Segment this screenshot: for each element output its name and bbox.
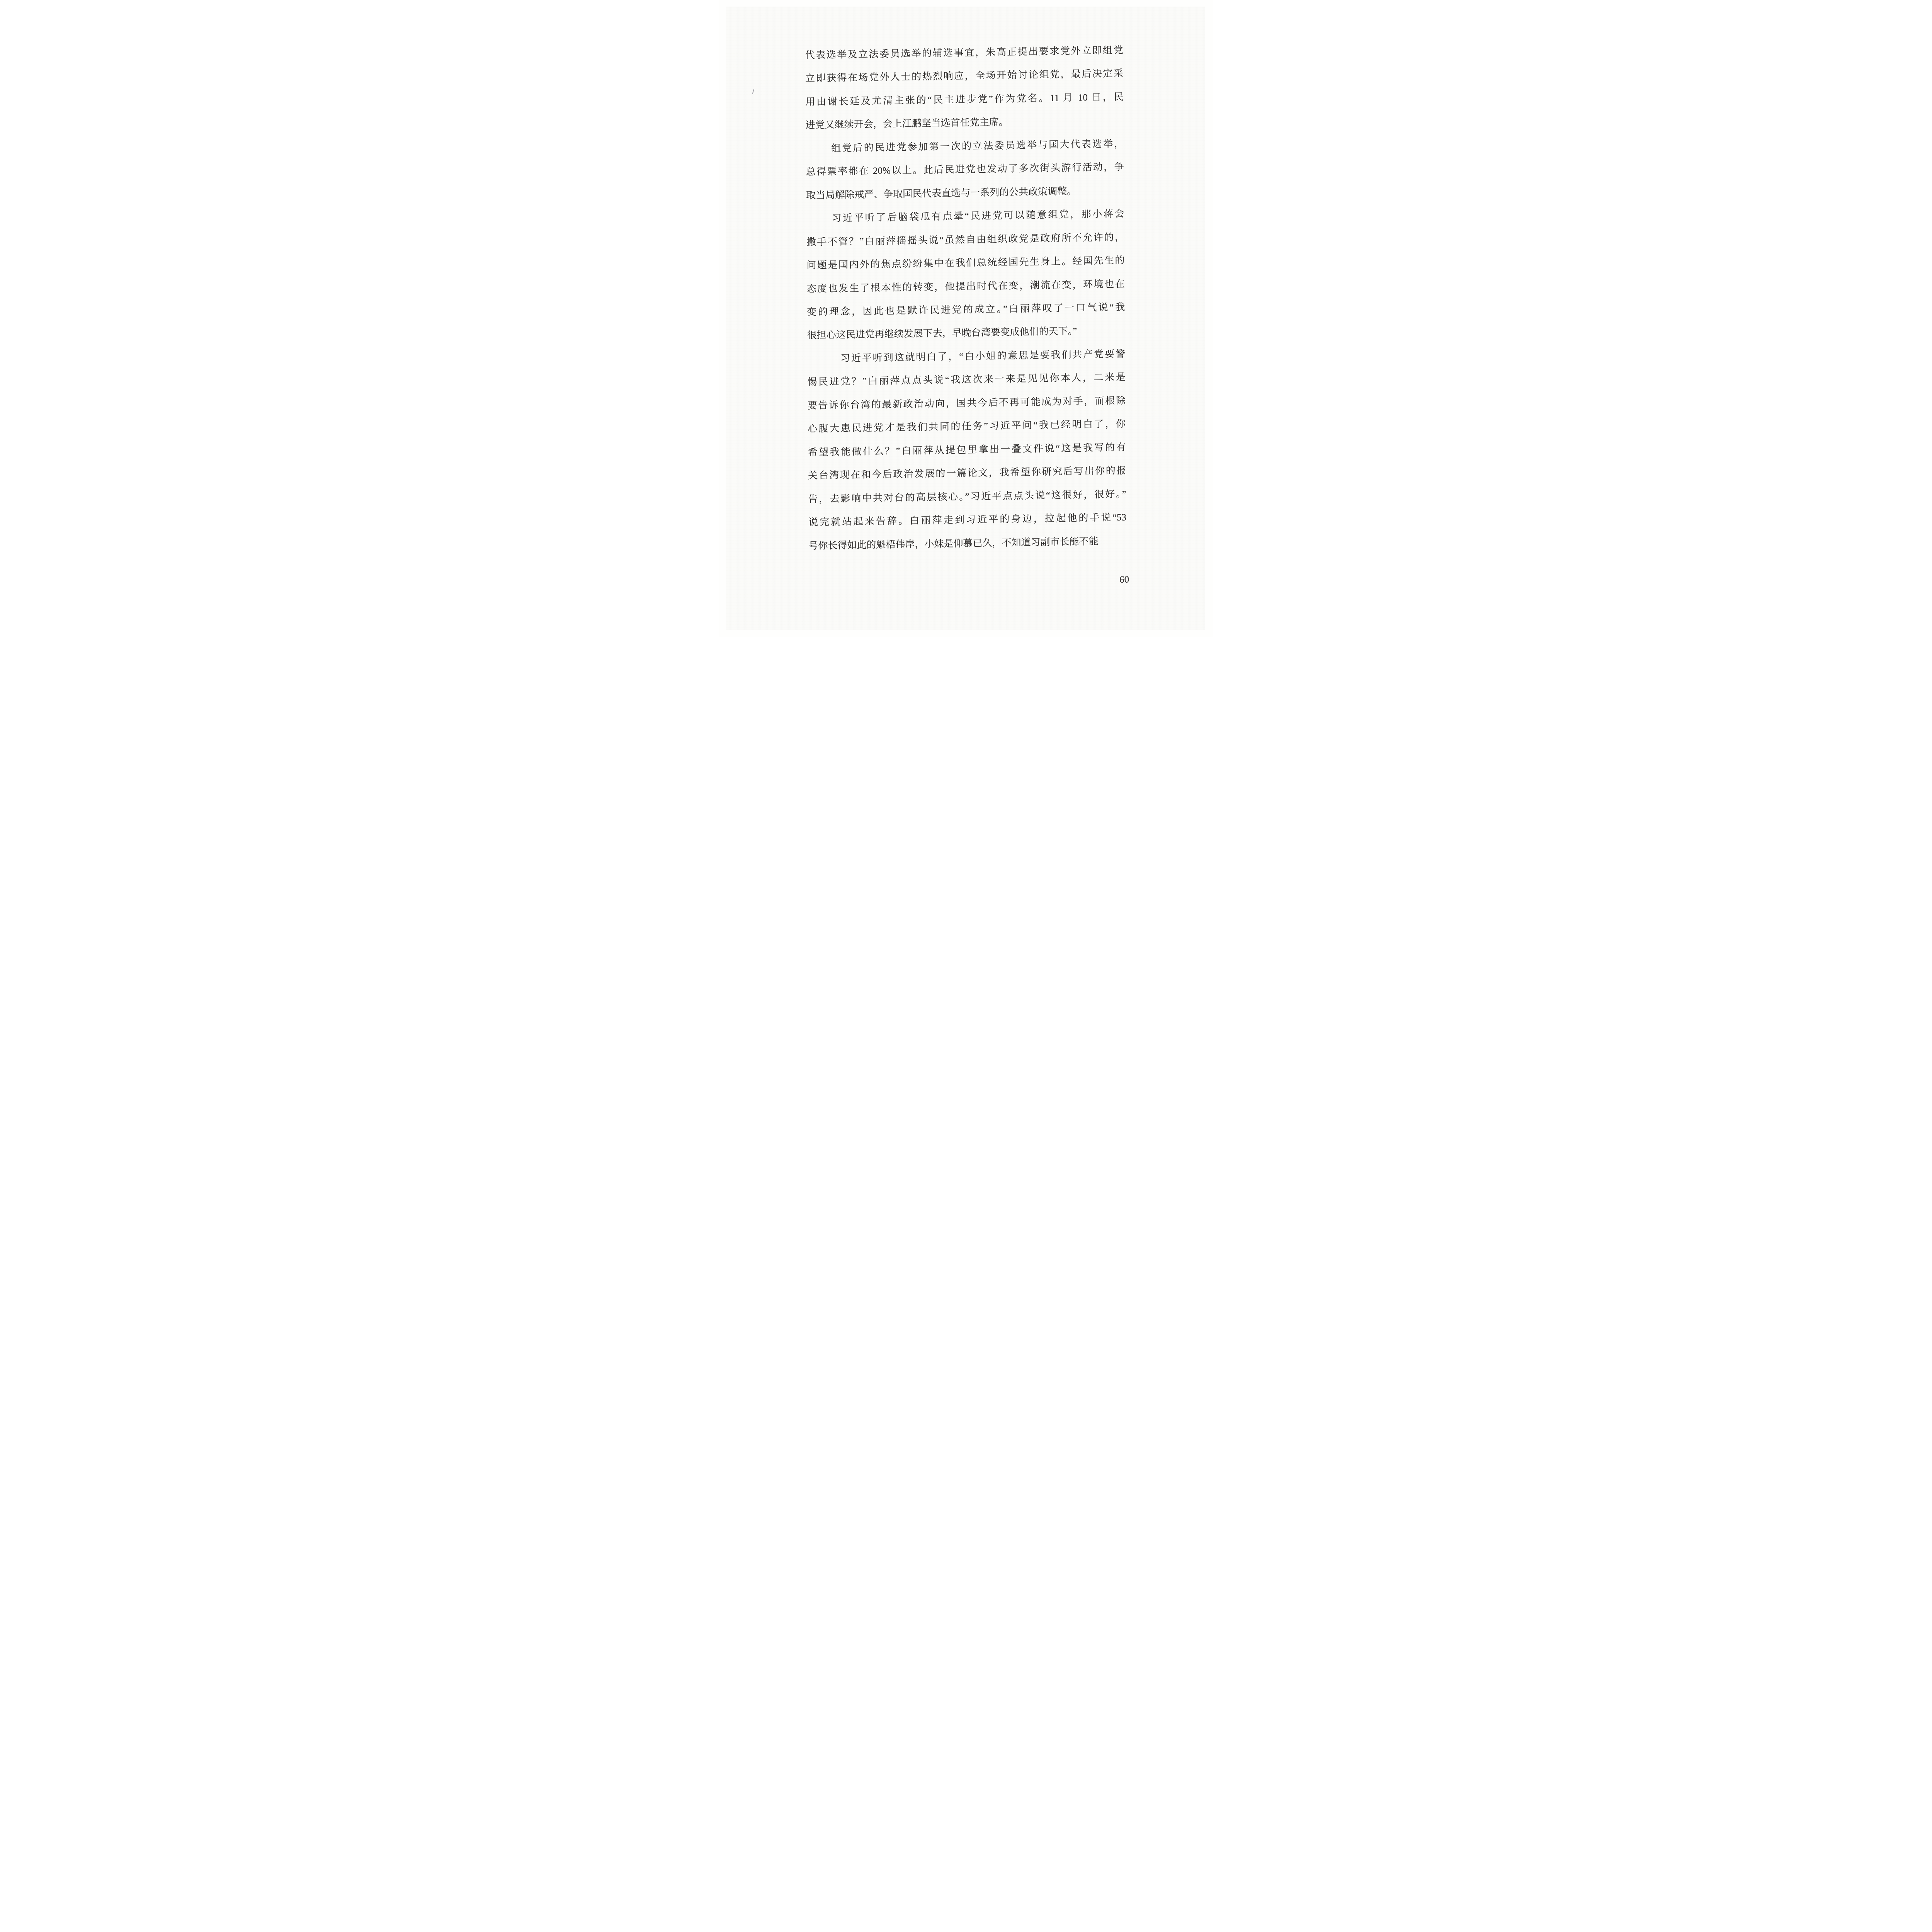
paragraph-4: 习近平听到这就明白了，“白小姐的意思是要我们共产党要警 惕民进党？”白丽萍点点头… — [807, 343, 1127, 558]
scan-content: 代表选举及立法委员选举的辅选事宜，朱高正提出要求党外立即组党 立即获得在场党外人… — [719, 0, 1213, 637]
page-number: 60 — [1119, 575, 1129, 585]
scanned-page: 代表选举及立法委员选举的辅选事宜，朱高正提出要求党外立即组党 立即获得在场党外人… — [719, 0, 1213, 637]
body-text: 代表选举及立法委员选举的辅选事宜，朱高正提出要求党外立即组党 立即获得在场党外人… — [805, 39, 1126, 558]
paragraph-3: 习近平听了后脑袋瓜有点晕“民进党可以随意组党，那小蒋会 撒手不管？”白丽萍摇摇头… — [806, 202, 1125, 348]
paragraph-1: 代表选举及立法委员选举的辅选事宜，朱高正提出要求党外立即组党 立即获得在场党外人… — [805, 39, 1124, 138]
scan-artifact-mark — [752, 89, 754, 94]
paragraph-2: 组党后的民进党参加第一次的立法委员选举与国大代表选举， 总得票率都在 20%以上… — [806, 133, 1124, 208]
text-line: 号你长得如此的魁梧伟岸，小妹是仰慕已久，不知道习副市长能不能 — [808, 529, 1126, 558]
